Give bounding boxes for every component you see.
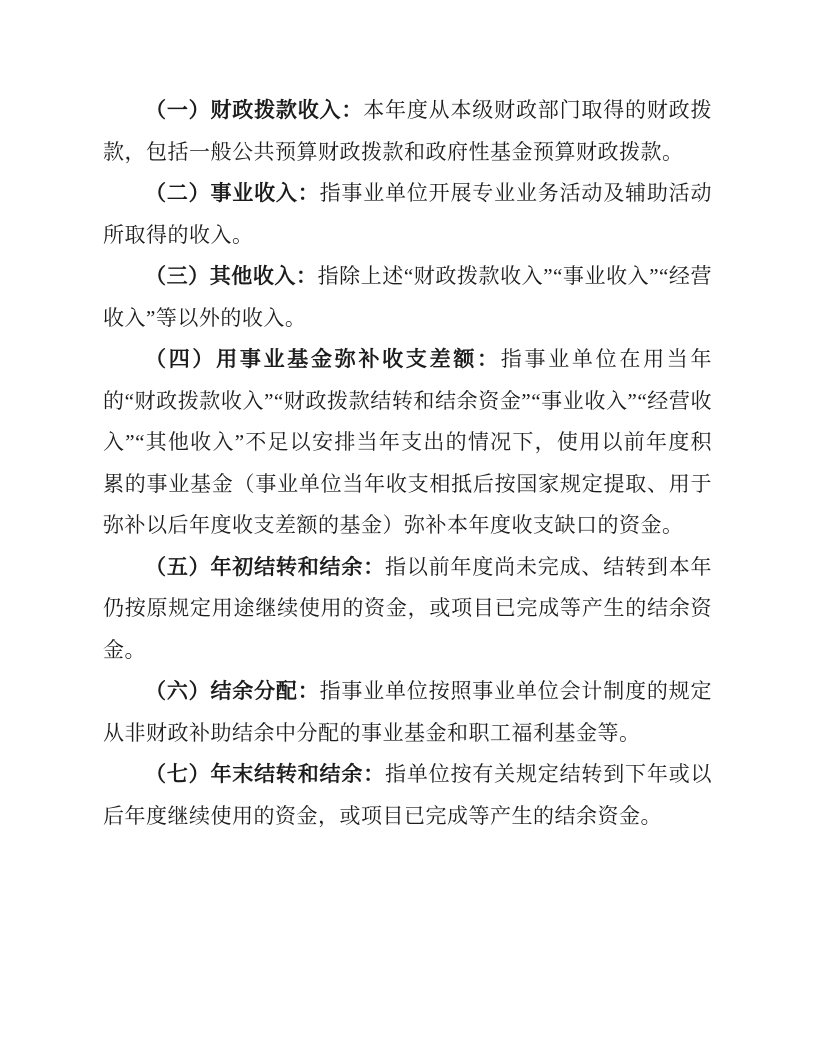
paragraph-fund-deficit-coverage: （四）用事业基金弥补收支差额：指事业单位在用当年的“财政拨款收入”“财政拨款结转… xyxy=(103,339,712,547)
paragraph-body: 指事业单位在用当年的“财政拨款收入”“财政拨款结转和结余资金”“事业收入”“经营… xyxy=(103,347,712,537)
paragraph-other-income: （三）其他收入：指除上述“财政拨款收入”“事业收入”“经营收入”等以外的收入。 xyxy=(103,256,712,339)
paragraph-lead: （五）年初结转和结余： xyxy=(145,555,385,579)
paragraph-lead: （四）用事业基金弥补收支差额： xyxy=(145,347,501,371)
paragraph-year-end-carryover: （七）年末结转和结余：指单位按有关规定结转到下年或以后年度继续使用的资金，或项目… xyxy=(103,754,712,837)
paragraph-surplus-distribution: （六）结余分配：指事业单位按照事业单位会计制度的规定从非财政补助结余中分配的事业… xyxy=(103,671,712,754)
paragraph-lead: （二）事业收入： xyxy=(145,181,320,205)
paragraph-lead: （六）结余分配： xyxy=(145,679,320,703)
paragraph-lead: （三）其他收入： xyxy=(145,264,318,288)
document-page: （一）财政拨款收入：本年度从本级财政部门取得的财政拨款，包括一般公共预算财政拨款… xyxy=(0,0,815,1055)
paragraph-lead: （一）财政拨款收入： xyxy=(145,98,363,122)
paragraph-fiscal-appropriation-income: （一）财政拨款收入：本年度从本级财政部门取得的财政拨款，包括一般公共预算财政拨款… xyxy=(103,90,712,173)
paragraph-beginning-year-carryover: （五）年初结转和结余：指以前年度尚未完成、结转到本年仍按原规定用途继续使用的资金… xyxy=(103,547,712,672)
paragraph-operational-income: （二）事业收入：指事业单位开展专业业务活动及辅助活动所取得的收入。 xyxy=(103,173,712,256)
paragraph-lead: （七）年末结转和结余： xyxy=(145,762,385,786)
